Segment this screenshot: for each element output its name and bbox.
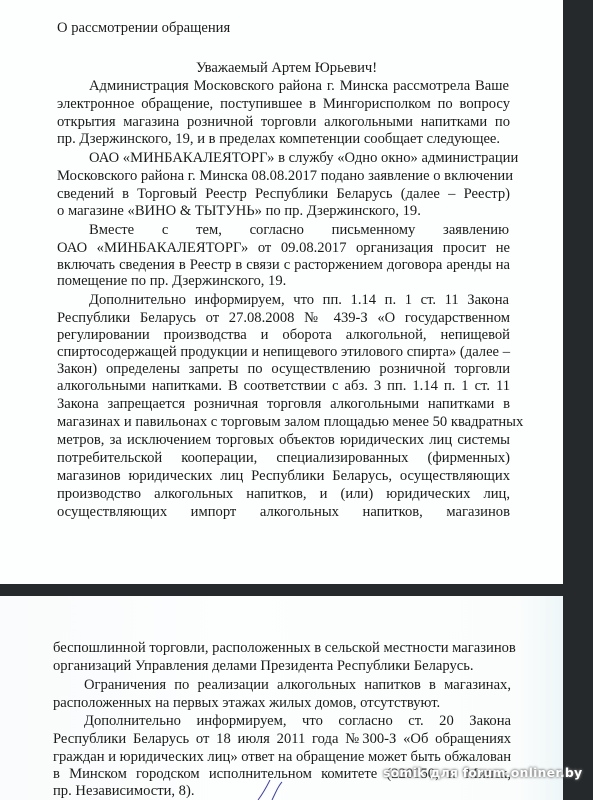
paragraph-line: сведений в Торговый Реестр Республики Бе… — [57, 186, 510, 203]
paragraph-line: спиртосодержащей продукции и непищевого … — [57, 344, 510, 361]
paragraph-line: Республики Беларусь от 18 июля 2011 года… — [53, 731, 511, 748]
paragraph-line: регулировании производства и оборота алк… — [57, 327, 510, 344]
paragraph-line: граждан и юридических лиц» ответ на обра… — [53, 749, 511, 766]
paragraph-line: Дополнительно информируем, что согласно … — [84, 713, 511, 730]
paragraph-line: Вместе с тем, согласно письменному заявл… — [89, 222, 509, 239]
paragraph-line: Республики Беларусь от 27.08.2008 № 439-… — [57, 310, 510, 327]
paragraph-line: потребительской кооперации, специализиро… — [57, 450, 510, 467]
document-page-1: О рассмотрении обращения Уважаемый Артем… — [0, 0, 563, 584]
paragraph-line: включать сведения в Реестр в связи с рас… — [57, 257, 510, 274]
paragraph-line: беспошлинной торговли, расположенных в с… — [53, 640, 511, 657]
paragraph-line: производство алкогольных напитков, и (ил… — [57, 486, 510, 503]
paragraph-line: открытия магазина розничной торговли алк… — [57, 114, 510, 131]
salutation: Уважаемый Артем Юрьевич! — [196, 60, 377, 77]
watermark: somik для forum.onliner.by — [383, 765, 582, 780]
paragraph-line: Дополнительно информируем, что пп. 1.14 … — [89, 292, 509, 309]
paragraph-line: магазинов юридических лиц Республики Бел… — [57, 468, 510, 485]
paragraph-line: Администрация Московского района г. Минс… — [89, 78, 509, 95]
paragraph-line: алкогольными напитками. В соответствии с… — [57, 378, 510, 395]
paragraph-line: ОАО «МИНБАКАЛЕЯТОРГ» в службу «Одно окно… — [89, 150, 509, 167]
paragraph-line: метров, за исключением торговых объектов… — [57, 432, 510, 449]
paragraph-line: электронное обращение, поступившее в Мин… — [57, 96, 510, 113]
paragraph-line: Московского района г. Минска 08.08.2017 … — [57, 168, 510, 185]
paragraph-line: ОАО «МИНБАКАЛЕЯТОРГ» от 09.08.2017 орган… — [57, 240, 510, 257]
paragraph-line: помещение по пр. Дзержинского, 19. — [57, 273, 510, 290]
paragraph-line: Закон) определены запреты по осуществлен… — [57, 361, 510, 378]
paragraph-line: организаций Управления делами Президента… — [53, 658, 511, 675]
paragraph-line: осуществляющих импорт алкогольных напитк… — [57, 504, 510, 521]
paragraph-line: расположенных на первых этажах жилых дом… — [53, 695, 511, 712]
paragraph-line: о магазине «ВИНО & ТЫТУНЬ» по пр. Дзержи… — [57, 203, 510, 220]
paragraph-line: Закона запрещается розничная торговля ал… — [57, 396, 510, 413]
document-subject: О рассмотрении обращения — [57, 20, 510, 37]
paragraph-line: магазинах и павильонах с торговым залом … — [57, 414, 510, 431]
paragraph-line: пр. Дзержинского, 19, и в пределах компе… — [57, 131, 510, 148]
signature-mark — [256, 780, 296, 800]
paragraph-line: Ограничения по реализации алкогольных на… — [84, 677, 511, 694]
